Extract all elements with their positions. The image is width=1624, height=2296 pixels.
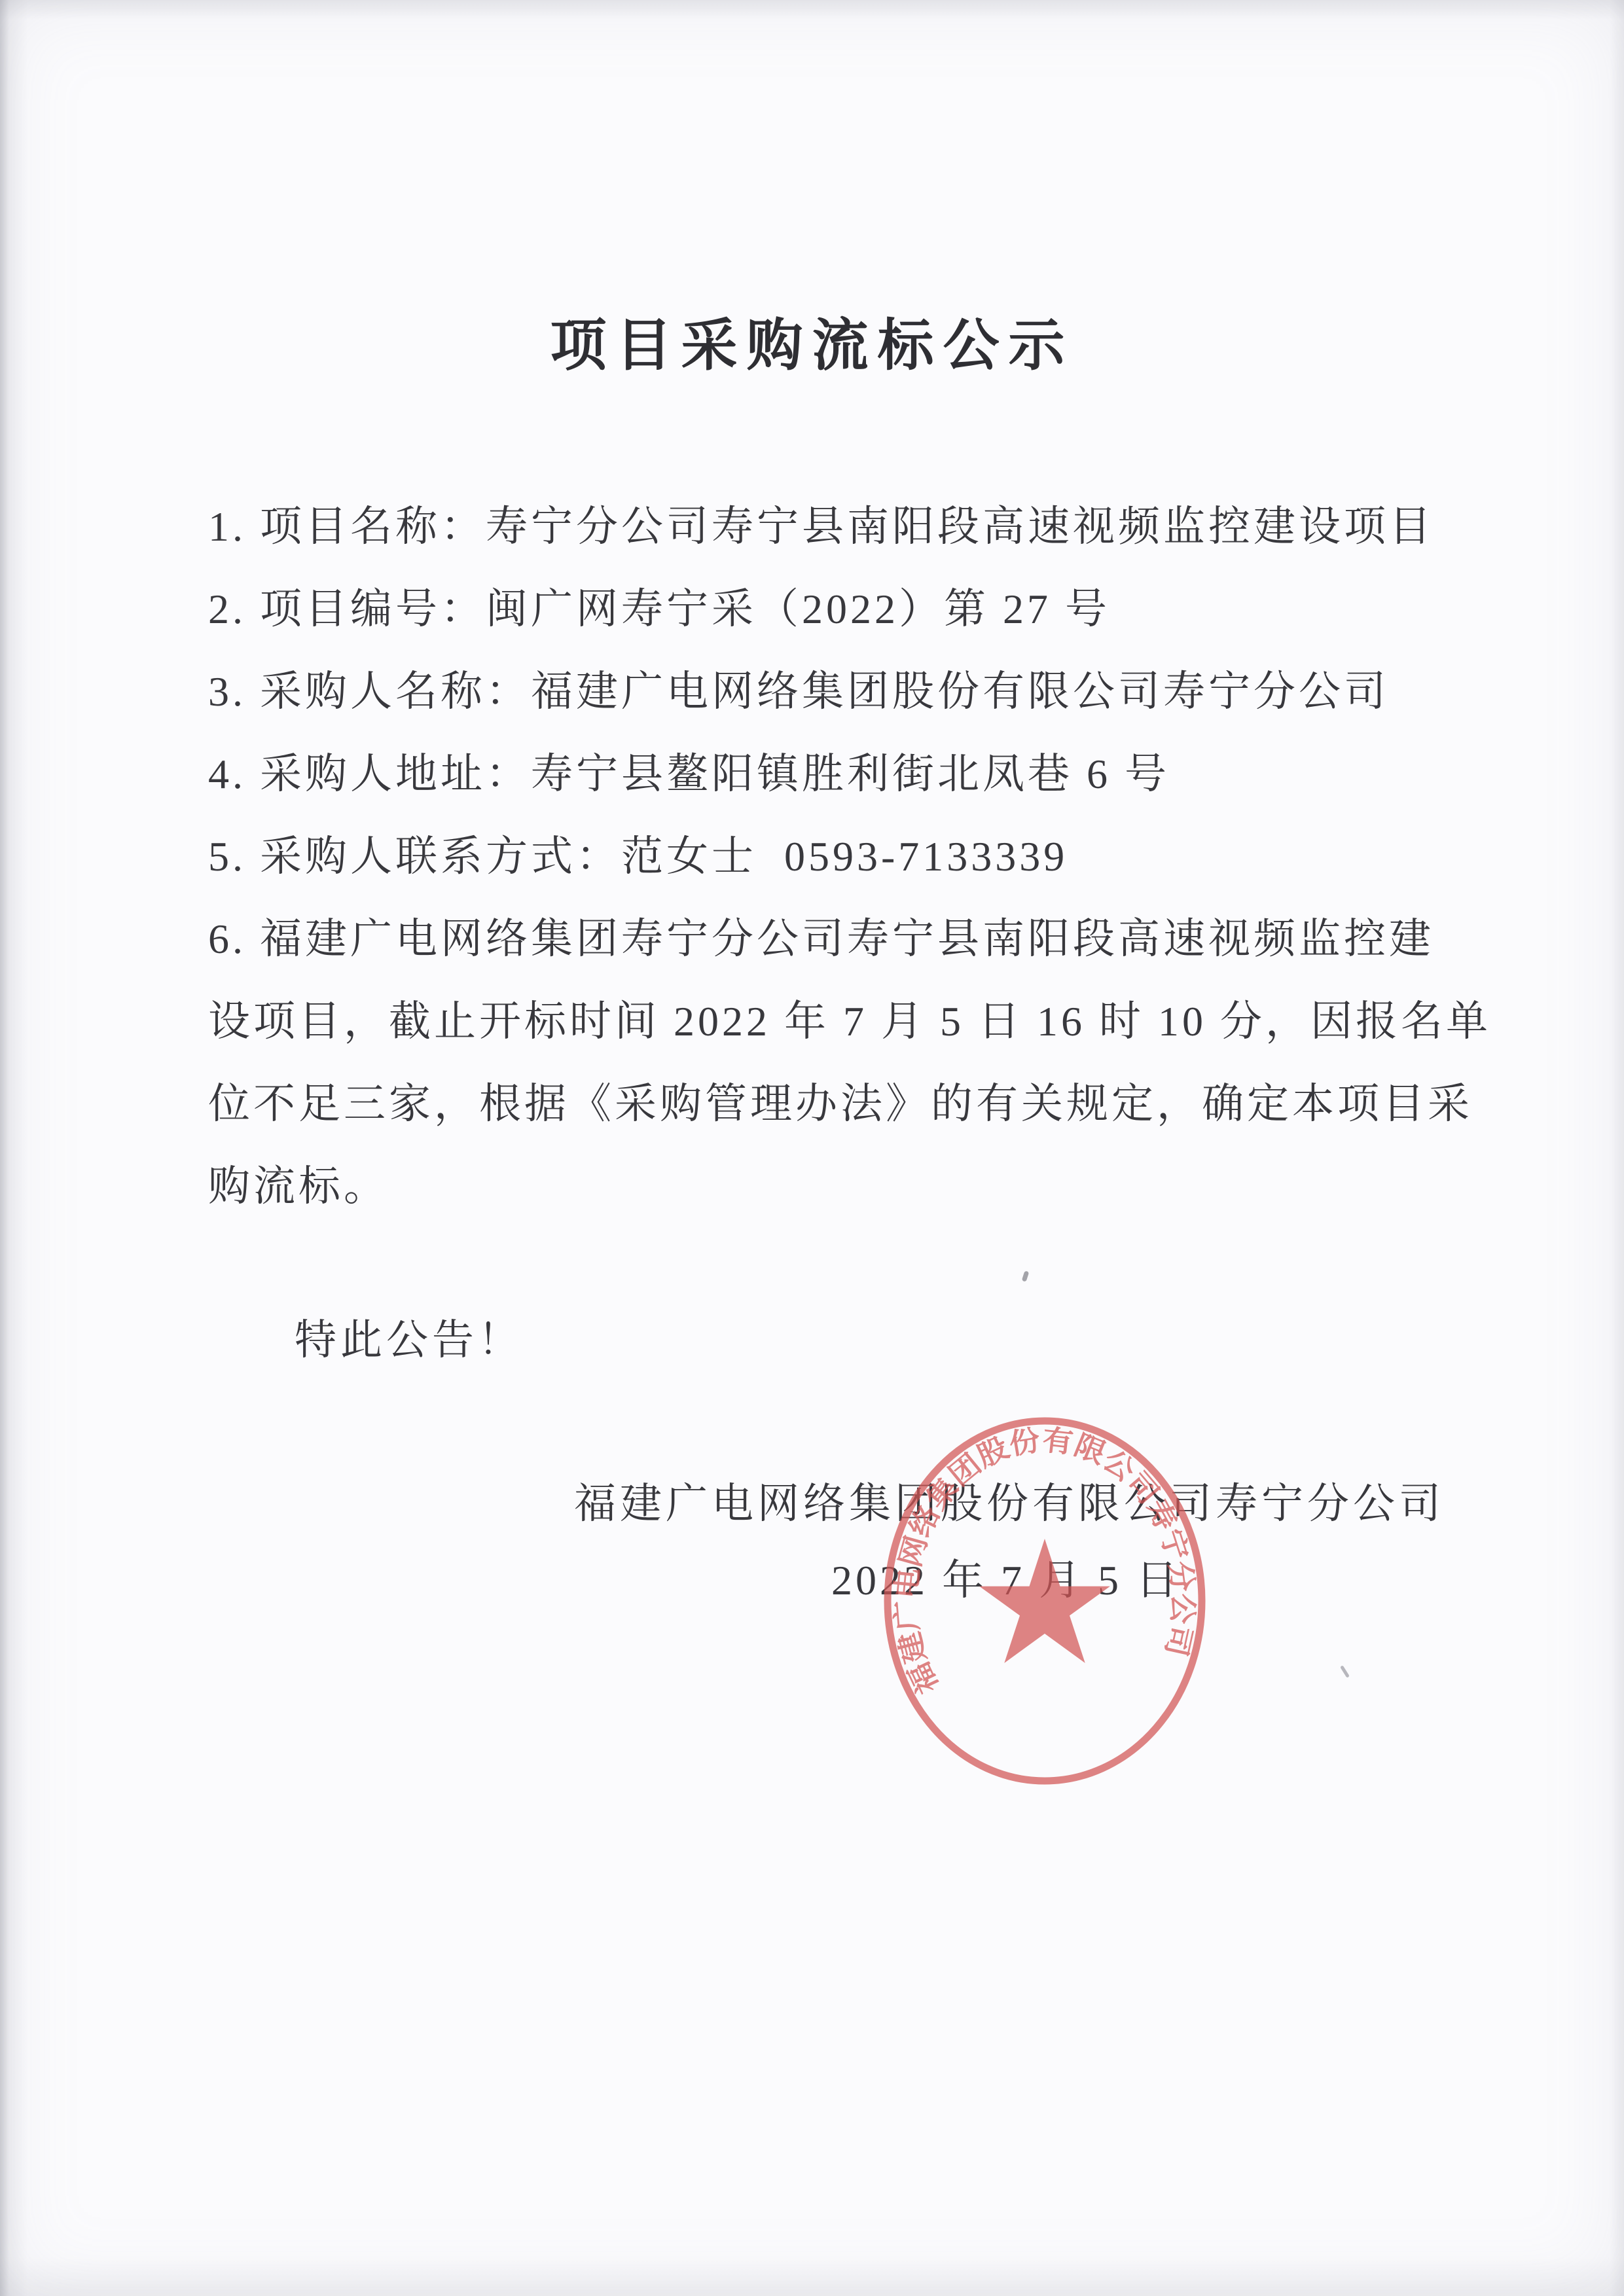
body-line: 设项目，截止开标时间 2022 年 7 月 5 日 16 时 10 分，因报名单: [208, 980, 1426, 1063]
company-seal: 福建广电网络集团股份有限公司寿宁分公司: [876, 1411, 1214, 1792]
body-line: 6. 福建广电网络集团寿宁分公司寿宁县南阳段高速视频监控建: [208, 898, 1426, 980]
page-title: 项目采购流标公示: [0, 306, 1624, 385]
body-line: 4. 采购人地址：寿宁县鳌阳镇胜利街北凤巷 6 号: [208, 733, 1426, 816]
star-icon: [979, 1539, 1110, 1663]
scan-artifact: [1340, 1665, 1350, 1678]
body-line: 3. 采购人名称：福建广电网络集团股份有限公司寿宁分公司: [208, 651, 1426, 733]
body-line: 5. 采购人联系方式：范女士 0593-7133339: [208, 816, 1426, 898]
announcement-body: 1. 项目名称：寿宁分公司寿宁县南阳段高速视频监控建设项目 2. 项目编号：闽广…: [208, 486, 1426, 1228]
body-line: 位不足三家，根据《采购管理办法》的有关规定，确定本项目采: [208, 1063, 1426, 1145]
closing-statement: 特此公告！: [295, 1299, 524, 1382]
body-line: 2. 项目编号：闽广网寿宁采（2022）第 27 号: [208, 568, 1426, 651]
scan-artifact: [1022, 1270, 1030, 1282]
scanned-document-page: 项目采购流标公示 1. 项目名称：寿宁分公司寿宁县南阳段高速视频监控建设项目 2…: [0, 0, 1624, 2296]
body-line: 购流标。: [208, 1145, 1426, 1228]
body-line: 1. 项目名称：寿宁分公司寿宁县南阳段高速视频监控建设项目: [208, 486, 1426, 568]
